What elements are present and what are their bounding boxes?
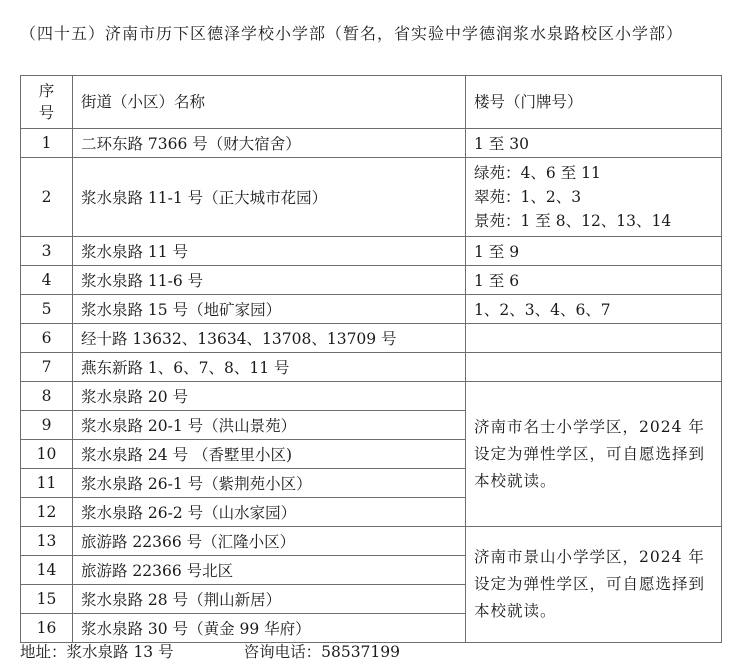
row-index: 16 <box>21 614 73 643</box>
row-street: 浆水泉路 30 号（黄金 99 华府） <box>73 614 466 643</box>
building-line: 翠苑：1、2、3 <box>474 185 713 209</box>
row-index: 13 <box>21 527 73 556</box>
header-building: 楼号（门牌号） <box>466 76 722 129</box>
row-building <box>466 324 722 353</box>
row-street: 浆水泉路 20 号 <box>73 382 466 411</box>
row-street: 浆水泉路 11-6 号 <box>73 266 466 295</box>
row-street: 燕东新路 1、6、7、8、11 号 <box>73 353 466 382</box>
row-street: 浆水泉路 24 号 （香墅里小区) <box>73 440 466 469</box>
table-row: 8 浆水泉路 20 号 济南市名士小学学区，2024 年设定为弹性学区，可自愿选… <box>21 382 722 411</box>
row-index: 6 <box>21 324 73 353</box>
row-street: 浆水泉路 28 号（荆山新居） <box>73 585 466 614</box>
row-index: 3 <box>21 237 73 266</box>
row-index: 11 <box>21 469 73 498</box>
building-line: 绿苑：4、6 至 11 <box>474 161 713 185</box>
row-building: 1、2、3、4、6、7 <box>466 295 722 324</box>
row-index: 4 <box>21 266 73 295</box>
row-index: 8 <box>21 382 73 411</box>
header-index: 序号 <box>21 76 73 129</box>
table-row: 7 燕东新路 1、6、7、8、11 号 <box>21 353 722 382</box>
row-street: 浆水泉路 26-1 号（紫荆苑小区） <box>73 469 466 498</box>
row-street: 旅游路 22366 号（汇隆小区） <box>73 527 466 556</box>
phone-label: 咨询电话： <box>244 643 322 661</box>
table-row: 13 旅游路 22366 号（汇隆小区） 济南市景山小学学区，2024 年设定为… <box>21 527 722 556</box>
row-building: 1 至 9 <box>466 237 722 266</box>
row-street: 浆水泉路 15 号（地矿家园） <box>73 295 466 324</box>
table-header-row: 序号 街道（小区）名称 楼号（门牌号） <box>21 76 722 129</box>
header-street: 街道（小区）名称 <box>73 76 466 129</box>
table-row: 1 二环东路 7366 号（财大宿舍） 1 至 30 <box>21 129 722 158</box>
table-row: 2 浆水泉路 11-1 号（正大城市花园） 绿苑：4、6 至 11 翠苑：1、2… <box>21 158 722 237</box>
row-building: 1 至 6 <box>466 266 722 295</box>
table-row: 5 浆水泉路 15 号（地矿家园） 1、2、3、4、6、7 <box>21 295 722 324</box>
row-building: 1 至 30 <box>466 129 722 158</box>
row-street: 二环东路 7366 号（财大宿舍） <box>73 129 466 158</box>
row-building <box>466 353 722 382</box>
row-index: 5 <box>21 295 73 324</box>
table-row: 6 经十路 13632、13634、13708、13709 号 <box>21 324 722 353</box>
row-street: 浆水泉路 20-1 号（洪山景苑） <box>73 411 466 440</box>
row-index: 12 <box>21 498 73 527</box>
address-value: 浆水泉路 13 号 <box>67 643 174 661</box>
row-street: 经十路 13632、13634、13708、13709 号 <box>73 324 466 353</box>
document-title: （四十五）济南市历下区德泽学校小学部（暂名，省实验中学德润浆水泉路校区小学部） <box>20 22 720 46</box>
table-row: 4 浆水泉路 11-6 号 1 至 6 <box>21 266 722 295</box>
merged-note-jingshan: 济南市景山小学学区，2024 年设定为弹性学区，可自愿选择到本校就读。 <box>466 527 722 643</box>
row-index: 10 <box>21 440 73 469</box>
row-building: 绿苑：4、6 至 11 翠苑：1、2、3 景苑：1 至 8、12、13、14 <box>466 158 722 237</box>
phone-value: 58537199 <box>321 643 400 661</box>
row-index: 9 <box>21 411 73 440</box>
school-district-table: 序号 街道（小区）名称 楼号（门牌号） 1 二环东路 7366 号（财大宿舍） … <box>20 75 722 643</box>
row-street: 浆水泉路 11 号 <box>73 237 466 266</box>
row-index: 2 <box>21 158 73 237</box>
row-street: 旅游路 22366 号北区 <box>73 556 466 585</box>
footer-contact: 地址：浆水泉路 13 号咨询电话：58537199 <box>20 640 400 664</box>
merged-note-mingshi: 济南市名士小学学区，2024 年设定为弹性学区，可自愿选择到本校就读。 <box>466 382 722 527</box>
row-index: 7 <box>21 353 73 382</box>
building-line: 景苑：1 至 8、12、13、14 <box>474 209 713 233</box>
row-index: 1 <box>21 129 73 158</box>
row-street: 浆水泉路 26-2 号（山水家园） <box>73 498 466 527</box>
row-index: 15 <box>21 585 73 614</box>
row-street: 浆水泉路 11-1 号（正大城市花园） <box>73 158 466 237</box>
table-row: 3 浆水泉路 11 号 1 至 9 <box>21 237 722 266</box>
row-index: 14 <box>21 556 73 585</box>
address-label: 地址： <box>20 643 67 661</box>
